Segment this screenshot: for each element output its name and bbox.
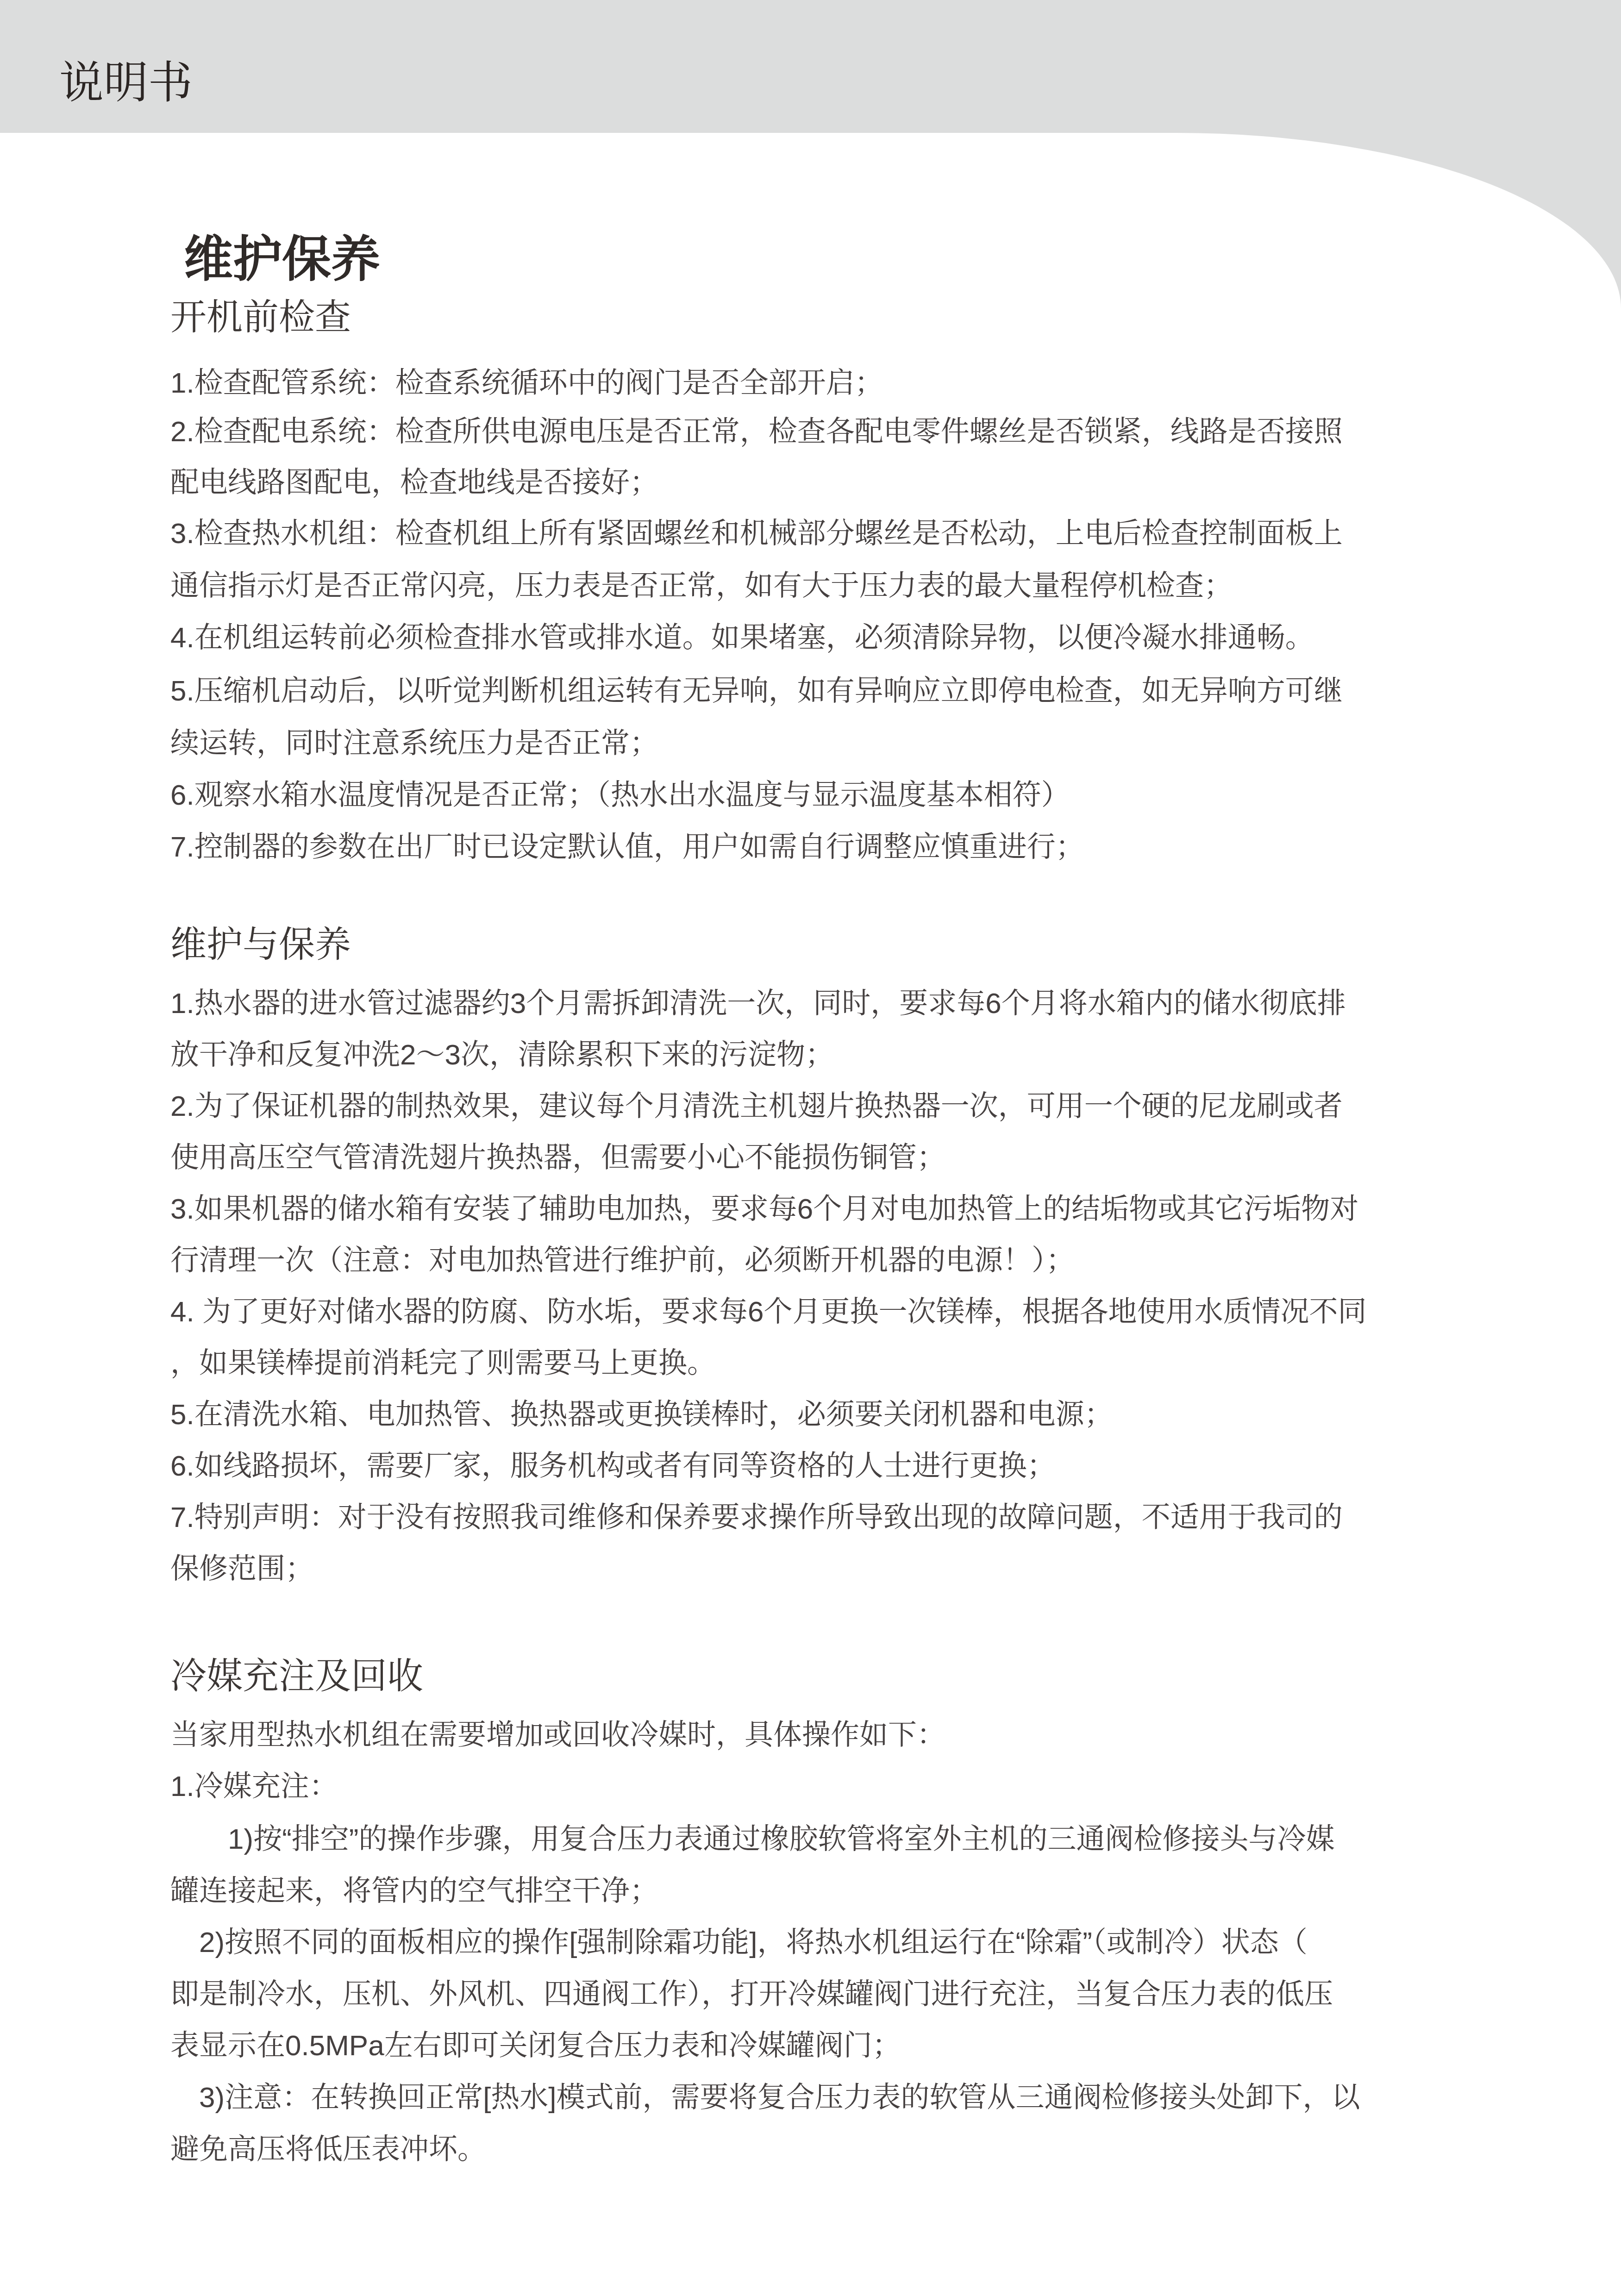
text-line: 当家用型热水机组在需要增加或回收冷媒时，具体操作如下： <box>170 1720 945 1750</box>
text-line: 1)按“排空”的操作步骤，用复合压力表通过橡胶软管将室外主机的三通阀检修接头与冷… <box>170 1824 1334 1854</box>
section-heading: 维护与保养 <box>170 926 351 964</box>
text-line: 6.观察水箱水温度情况是否正常；（热水出水温度与显示温度基本相符） <box>170 780 1070 810</box>
text-line: 使用高压空气管清洗翅片换热器，但需要小心不能损伤铜管； <box>170 1143 945 1173</box>
text-line: 放干净和反复冲洗2～3次，清除累积下来的污淀物； <box>170 1040 834 1070</box>
text-line: 行清理一次（注意：对电加热管进行维护前，必须断开机器的电源！）； <box>170 1245 1075 1276</box>
section-heading: 开机前检查 <box>170 299 351 337</box>
text-line: 表显示在0.5MPa左右即可关闭复合压力表和冷媒罐阀门； <box>170 2031 901 2061</box>
text-line: 1.热水器的进水管过滤器约3个月需拆卸清洗一次，同时，要求每6个月将水箱内的储水… <box>170 988 1346 1019</box>
text-line: 续运转，同时注意系统压力是否正常； <box>170 728 658 758</box>
text-line: 5.在清洗水箱、电加热管、换热器或更换镁棒时，必须要关闭机器和电源； <box>170 1400 1113 1430</box>
text-line: 2.检查配电系统：检查所供电源电压是否正常，检查各配电零件螺丝是否锁紧，线路是否… <box>170 417 1343 447</box>
text-line: 5.压缩机启动后，以听觉判断机组运转有无异响，如有异响应立即停电检查，如无异响方… <box>170 676 1343 706</box>
manual-page: { "page": { "header_label": "说明书", "colo… <box>0 0 1621 2296</box>
text-line: 4. 为了更好对储水器的防腐、防水垢，要求每6个月更换一次镁棒，根据各地使用水质… <box>170 1297 1366 1327</box>
text-line: 4.在机组运转前必须检查排水管或排水道。如果堵塞，必须清除异物，以便冷凝水排通畅… <box>170 623 1314 653</box>
text-line: 7.控制器的参数在出厂时已设定默认值，用户如需自行调整应慎重进行； <box>170 832 1084 862</box>
text-line: 即是制冷水，压机、外风机、四通阀工作），打开冷媒罐阀门进行充注，当复合压力表的低… <box>170 1979 1333 2009</box>
text-line: 罐连接起来，将管内的空气排空干净； <box>170 1876 658 1906</box>
text-line: 通信指示灯是否正常闪亮，压力表是否正常，如有大于压力表的最大量程停机检查； <box>170 571 1233 601</box>
text-line: 3.如果机器的储水箱有安装了辅助电加热，要求每6个月对电加热管上的结垢物或其它污… <box>170 1194 1358 1224</box>
text-line: 保修范围； <box>170 1554 314 1584</box>
text-line: 3.检查热水机组：检查机组上所有紧固螺丝和机械部分螺丝是否松动，上电后检查控制面… <box>170 519 1343 549</box>
text-line: ，如果镁棒提前消耗完了则需要马上更换。 <box>170 1348 716 1378</box>
text-line: 7.特别声明：对于没有按照我司维修和保养要求操作所导致出现的故障问题，不适用于我… <box>170 1502 1343 1533</box>
text-line: 2)按照不同的面板相应的操作[强制除霜功能]，将热水机组运行在“除霜”（或制冷）… <box>170 1927 1308 1958</box>
section-heading: 冷媒充注及回收 <box>170 1658 423 1695</box>
text-line: 1.检查配管系统：检查系统循环中的阀门是否全部开启； <box>170 368 883 398</box>
document-body: 维护保养开机前检查1.检查配管系统：检查系统循环中的阀门是否全部开启；2.检查配… <box>0 0 1621 2296</box>
page-title: 维护保养 <box>184 234 380 285</box>
text-line: 配电线路图配电，检查地线是否接好； <box>170 468 658 498</box>
text-line: 3)注意：在转换回正常[热水]模式前，需要将复合压力表的软管从三通阀检修接头处卸… <box>170 2083 1360 2113</box>
text-line: 避免高压将低压表冲坏。 <box>170 2134 486 2165</box>
text-line: 6.如线路损坏，需要厂家，服务机构或者有同等资格的人士进行更换； <box>170 1451 1056 1481</box>
text-line: 2.为了保证机器的制热效果，建议每个月清洗主机翅片换热器一次，可用一个硬的尼龙刷… <box>170 1091 1343 1121</box>
text-line: 1.冷媒充注： <box>170 1771 338 1802</box>
